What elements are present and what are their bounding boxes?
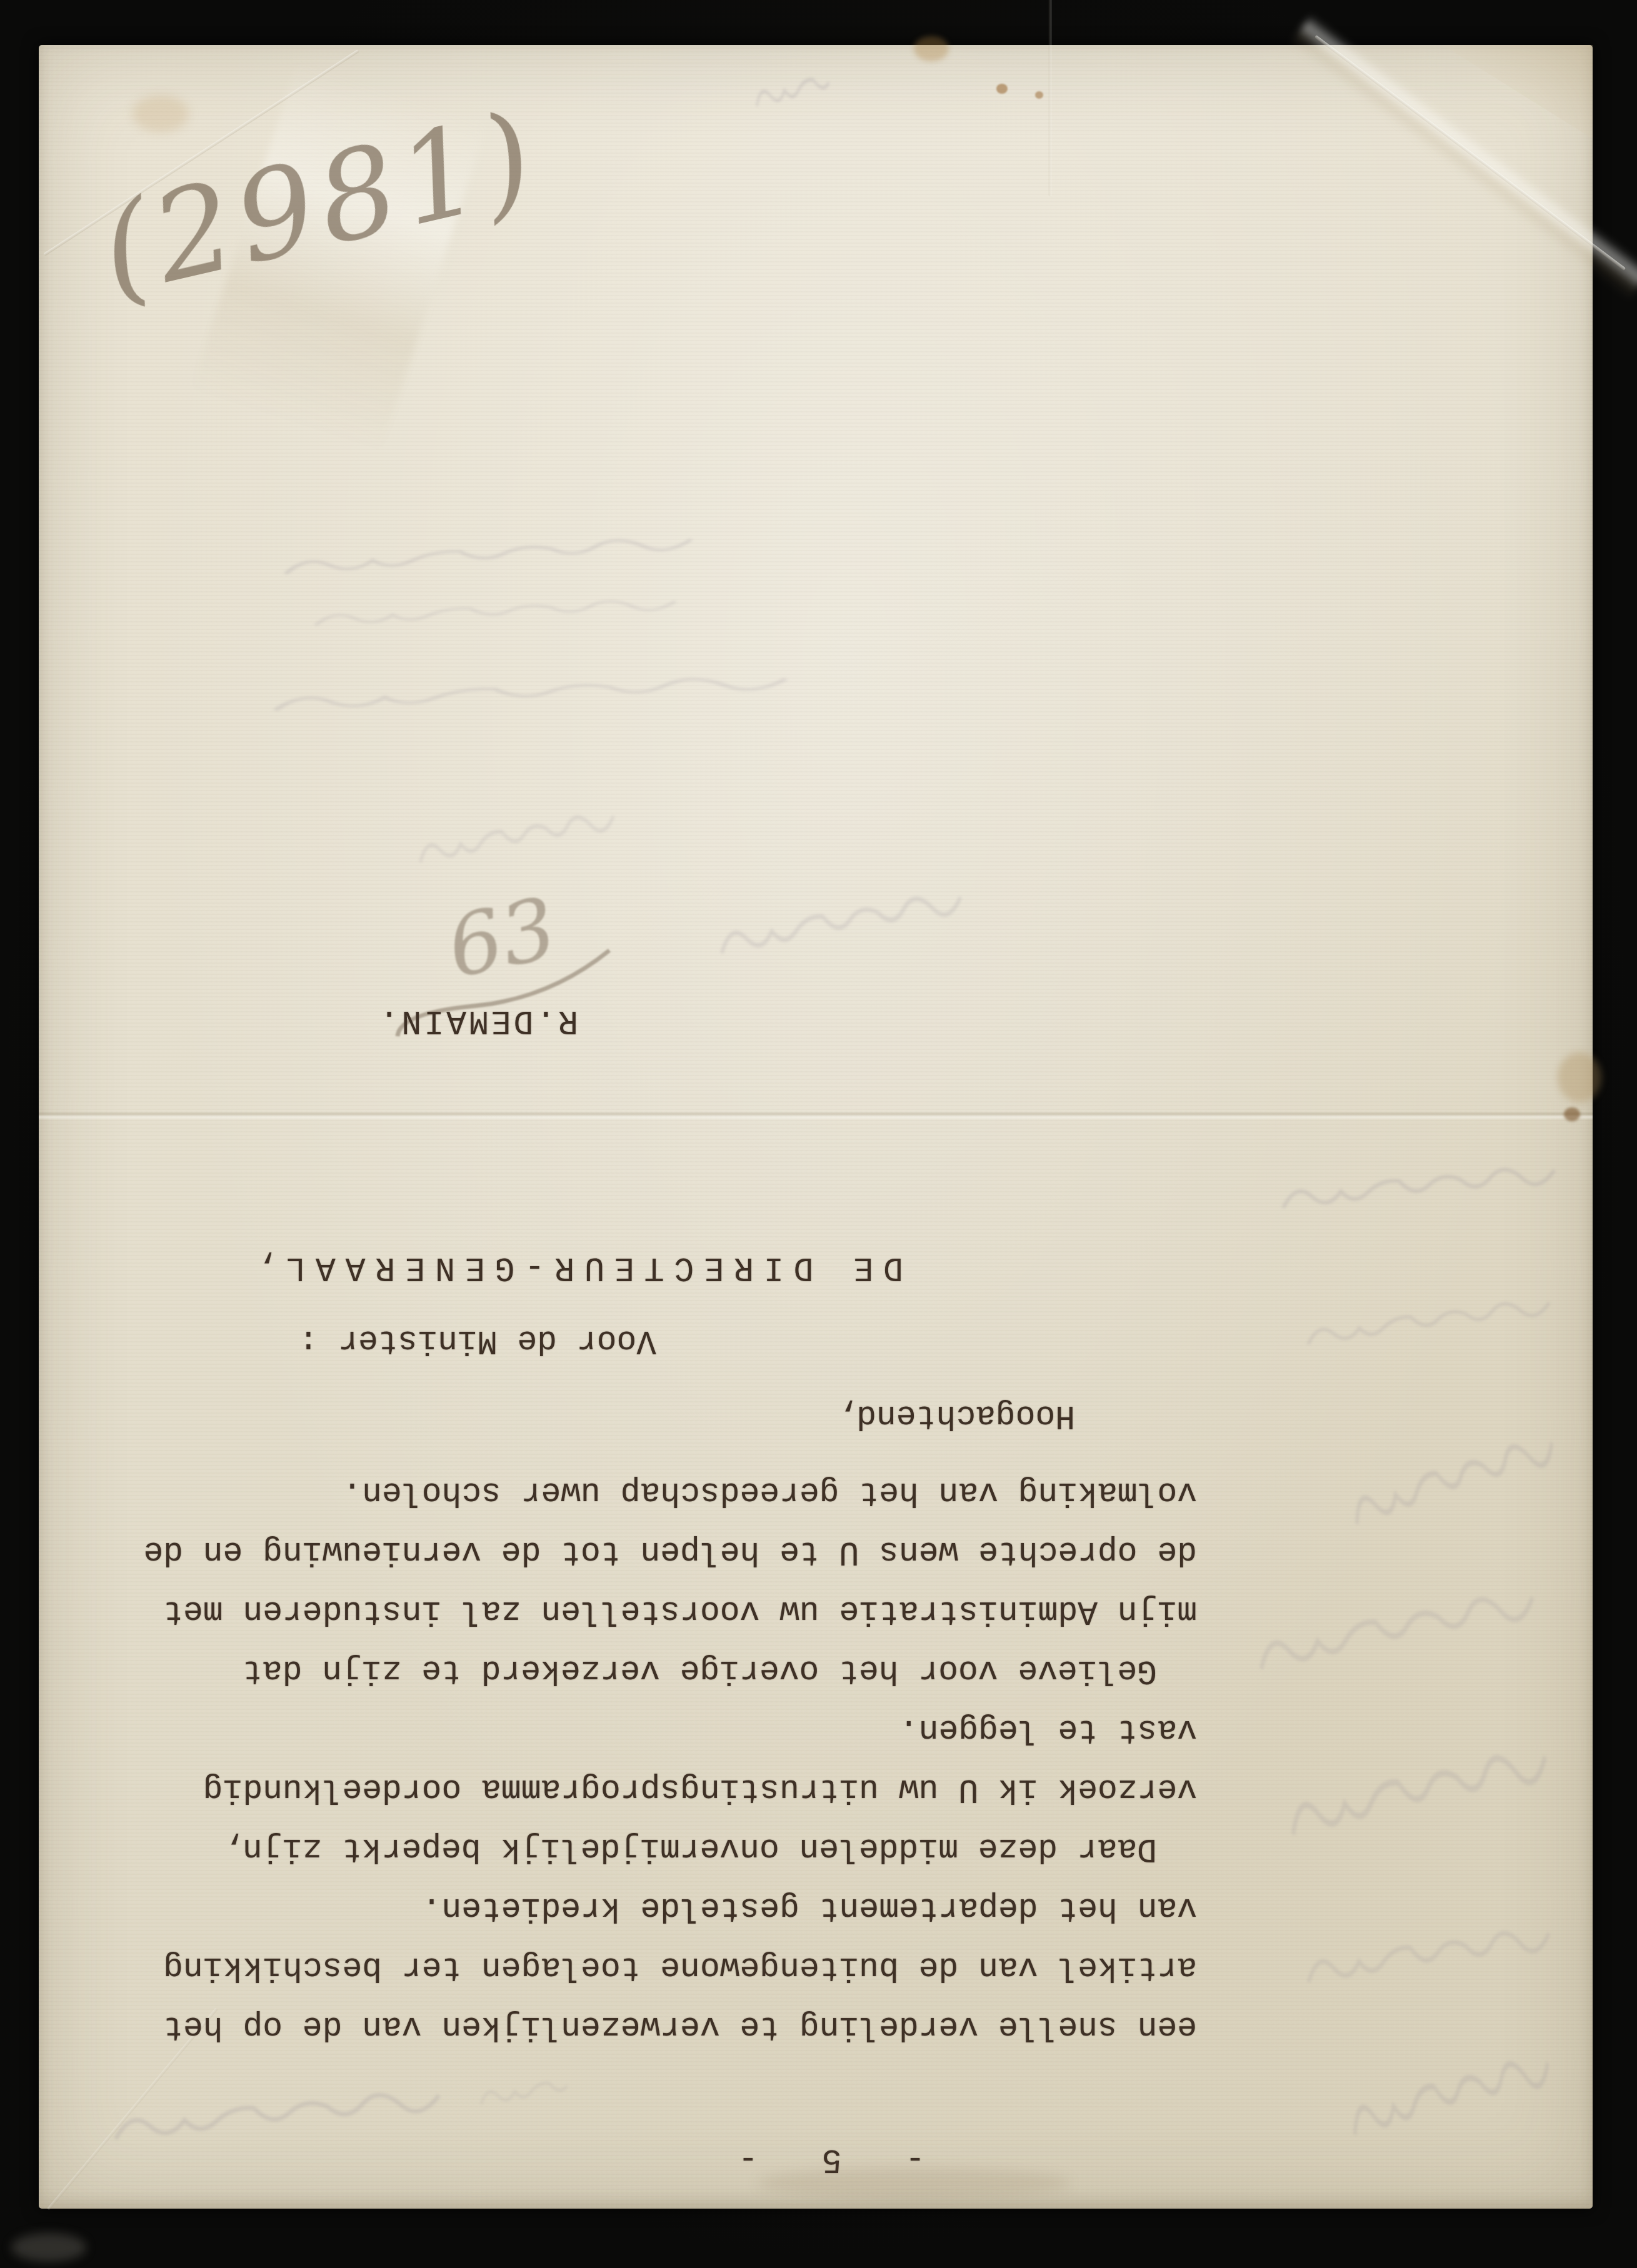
typed-line: verzoek ik U uw uitrustingsprogramma oor… bbox=[122, 1759, 1197, 1819]
letter-body: een snelle verdeling te verwezenlijken v… bbox=[122, 1462, 1197, 2056]
typed-line: volmaking van het gereedschap uwer schol… bbox=[122, 1462, 1197, 1522]
typed-line: van het departement gestelde kredieten. bbox=[122, 1878, 1197, 1937]
closing-title: DE DIRECTEUR-GENERAAL, bbox=[246, 1249, 903, 1286]
typed-line: een snelle verdeling te verwezenlijken v… bbox=[122, 1997, 1197, 2056]
typed-line: de oprechte wens U te helpen tot de vern… bbox=[122, 1522, 1197, 1581]
typed-line: vast te leggen. bbox=[122, 1700, 1197, 1759]
scan-artifact bbox=[11, 2233, 86, 2262]
closing-on-behalf: Voor de Minister : bbox=[299, 1322, 657, 1359]
page-number: - 5 - bbox=[713, 2141, 925, 2178]
typed-line: artikel van de buitengewone toelagen ter… bbox=[122, 1937, 1197, 1997]
typed-line: mijn Administratie uw voorstellen zal in… bbox=[122, 1581, 1197, 1641]
typed-line: Daar deze middelen onvermijdelijk beperk… bbox=[122, 1819, 1197, 1878]
scanned-document-page: { "scan": { "background_color": "#0b0b0a… bbox=[0, 0, 1637, 2268]
letter-content-rotated-180: - 5 - een snelle verdeling te verwezenli… bbox=[39, 45, 1593, 2209]
closing-salutation: Hoogachtend, bbox=[836, 1397, 1075, 1434]
typed-line: Gelieve voor het overige verzekerd te zi… bbox=[122, 1641, 1197, 1700]
signature-name: R.DEMAIN. bbox=[377, 1002, 578, 1039]
document-page: (2981) 63 - 5 - een snelle verdeling te … bbox=[39, 45, 1593, 2209]
